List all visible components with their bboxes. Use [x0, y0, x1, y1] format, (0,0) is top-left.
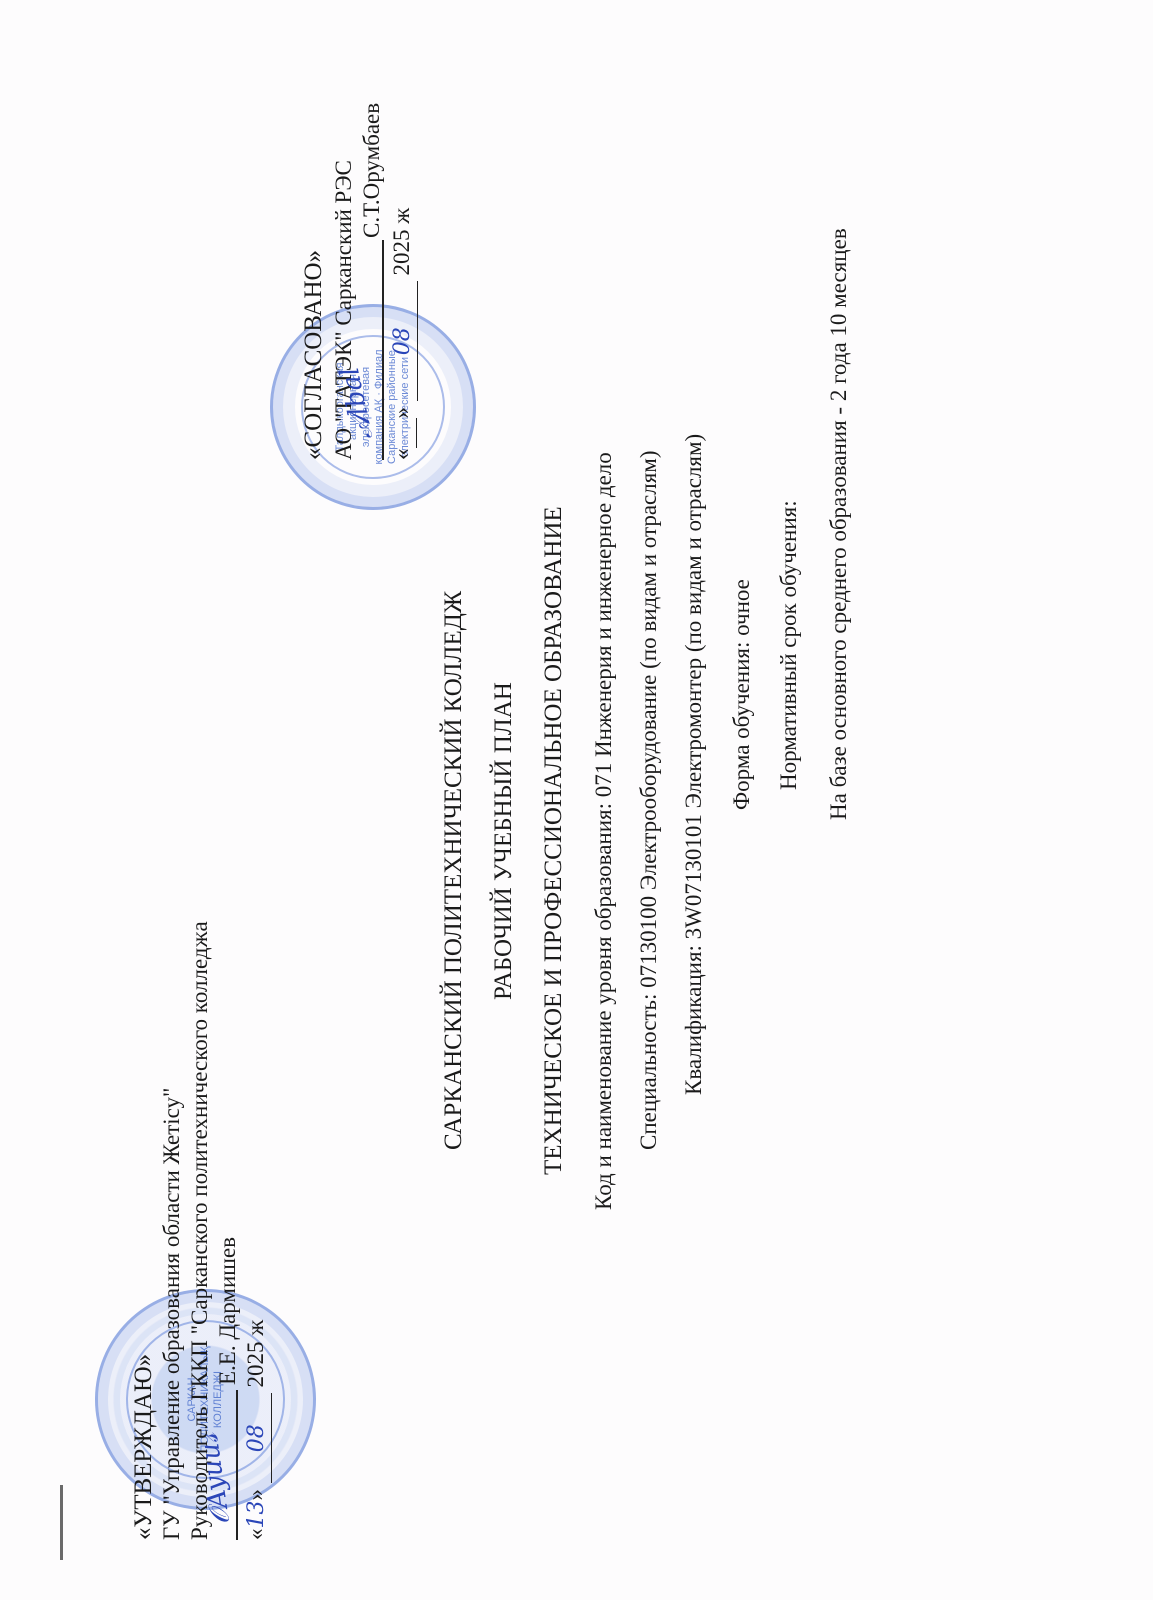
approved-signatory: Е.Е. Дармишев: [214, 1237, 242, 1385]
duration-value: На базе основного среднего образования -…: [825, 228, 853, 820]
approved-date: «13» 08 2025 ж: [242, 1320, 272, 1540]
agreed-heading: «СОГЛАСОВАНО»: [300, 250, 328, 460]
education-level-code: Код и наименование уровня образования: 0…: [590, 452, 618, 1210]
document-page: САРКАН ПОЛИТЕХНИКАЛЫҚ КОЛЛЕДЖІ «УТВЕРЖДА…: [0, 0, 1153, 1600]
duration-label: Нормативный срок обучения:: [775, 500, 803, 790]
specialty: Специальность: 07130100 Электрооборудова…: [635, 450, 663, 1150]
college-name: САРКАНСКИЙ ПОЛИТЕХНИЧЕСКИЙ КОЛЛЕДЖ: [440, 591, 468, 1150]
approved-org-line: ГУ "Управление образования области Жетіс…: [158, 1088, 186, 1540]
study-form: Форма обучения: очное: [728, 579, 756, 810]
agreed-signature-line: [382, 240, 384, 460]
agreed-signatory: С.Т.Орумбаев: [358, 103, 386, 238]
approved-date-year: 2025 ж: [243, 1320, 268, 1388]
qualification: Квалификация: 3W07130101 Электромонтер (…: [680, 434, 708, 1095]
education-type: ТЕХНИЧЕСКОЕ И ПРОФЕССИОНАЛЬНОЕ ОБРАЗОВАН…: [540, 506, 568, 1175]
agreed-date-month: 08: [390, 327, 415, 355]
approved-heading: «УТВЕРЖДАЮ»: [130, 1354, 158, 1540]
approved-date-day: 13: [244, 1501, 269, 1529]
agreed-date: « » 08 2025 ж: [388, 208, 418, 460]
approved-date-month: 08: [244, 1424, 269, 1452]
plan-title: РАБОЧИЙ УЧЕБНЫЙ ПЛАН: [490, 682, 518, 1000]
scan-artifact: [60, 1485, 63, 1560]
agreed-date-year: 2025 ж: [389, 208, 414, 276]
